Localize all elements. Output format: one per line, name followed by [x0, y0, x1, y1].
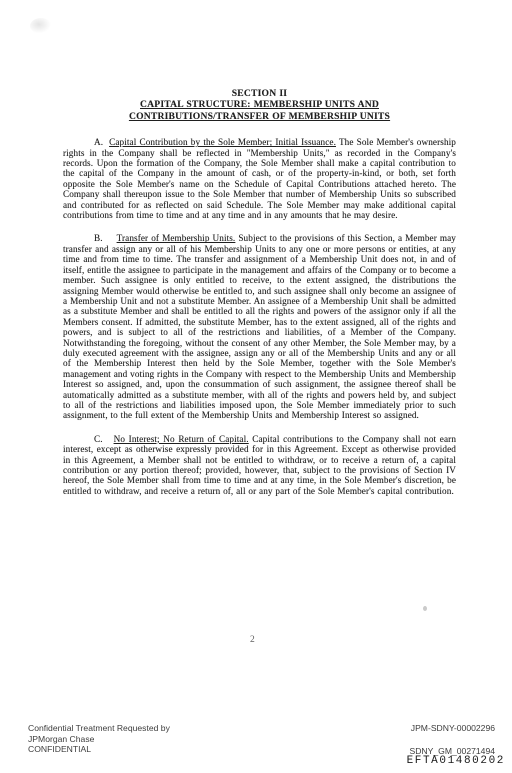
jpm-sdny-document-id: JPM-SDNY-00002296 — [409, 723, 495, 734]
section-number: SECTION II — [63, 88, 456, 99]
paragraph-c-title: No Interest; No Return of Capital. — [114, 434, 249, 444]
paragraph-b-label: B. — [94, 233, 103, 243]
paragraph-b-title: Transfer of Membership Units. — [117, 233, 236, 243]
footer-left: Confidential Treatment Requested by JPMo… — [28, 723, 170, 755]
document-page: SECTION II CAPITAL STRUCTURE: MEMBERSHIP… — [0, 0, 512, 773]
scan-artifact-speck — [423, 606, 427, 611]
section-title-line-2: CONTRIBUTIONS/TRANSFER OF MEMBERSHIP UNI… — [63, 111, 456, 122]
paragraph-a-body: The Sole Member's ownership rights in th… — [63, 137, 456, 220]
paragraph-a-title: Capital Contribution by the Sole Member;… — [109, 137, 336, 147]
jpmorgan-chase-line: JPMorgan Chase — [28, 734, 170, 745]
paragraph-c: C.No Interest; No Return of Capital. Cap… — [63, 434, 456, 496]
page-number: 2 — [250, 635, 255, 645]
scan-artifact-smudge — [30, 18, 52, 34]
paragraph-b-body: Subject to the provisions of this Sectio… — [63, 233, 456, 420]
paragraph-b: B.Transfer of Membership Units. Subject … — [63, 233, 456, 420]
bates-stamp: EFTA01480202 — [407, 755, 505, 767]
footer-right: JPM-SDNY-00002296 SDNY_GM_00271494 — [409, 723, 495, 756]
confidential-label: CONFIDENTIAL — [28, 744, 170, 755]
paragraph-a-label: A. — [94, 137, 103, 147]
paragraph-c-label: C. — [94, 434, 103, 444]
confidential-treatment-line: Confidential Treatment Requested by — [28, 723, 170, 734]
section-heading: SECTION II CAPITAL STRUCTURE: MEMBERSHIP… — [63, 88, 456, 122]
document-body: SECTION II CAPITAL STRUCTURE: MEMBERSHIP… — [63, 88, 456, 509]
section-title-line-1: CAPITAL STRUCTURE: MEMBERSHIP UNITS AND — [63, 99, 456, 110]
paragraph-a: A.Capital Contribution by the Sole Membe… — [63, 137, 456, 220]
